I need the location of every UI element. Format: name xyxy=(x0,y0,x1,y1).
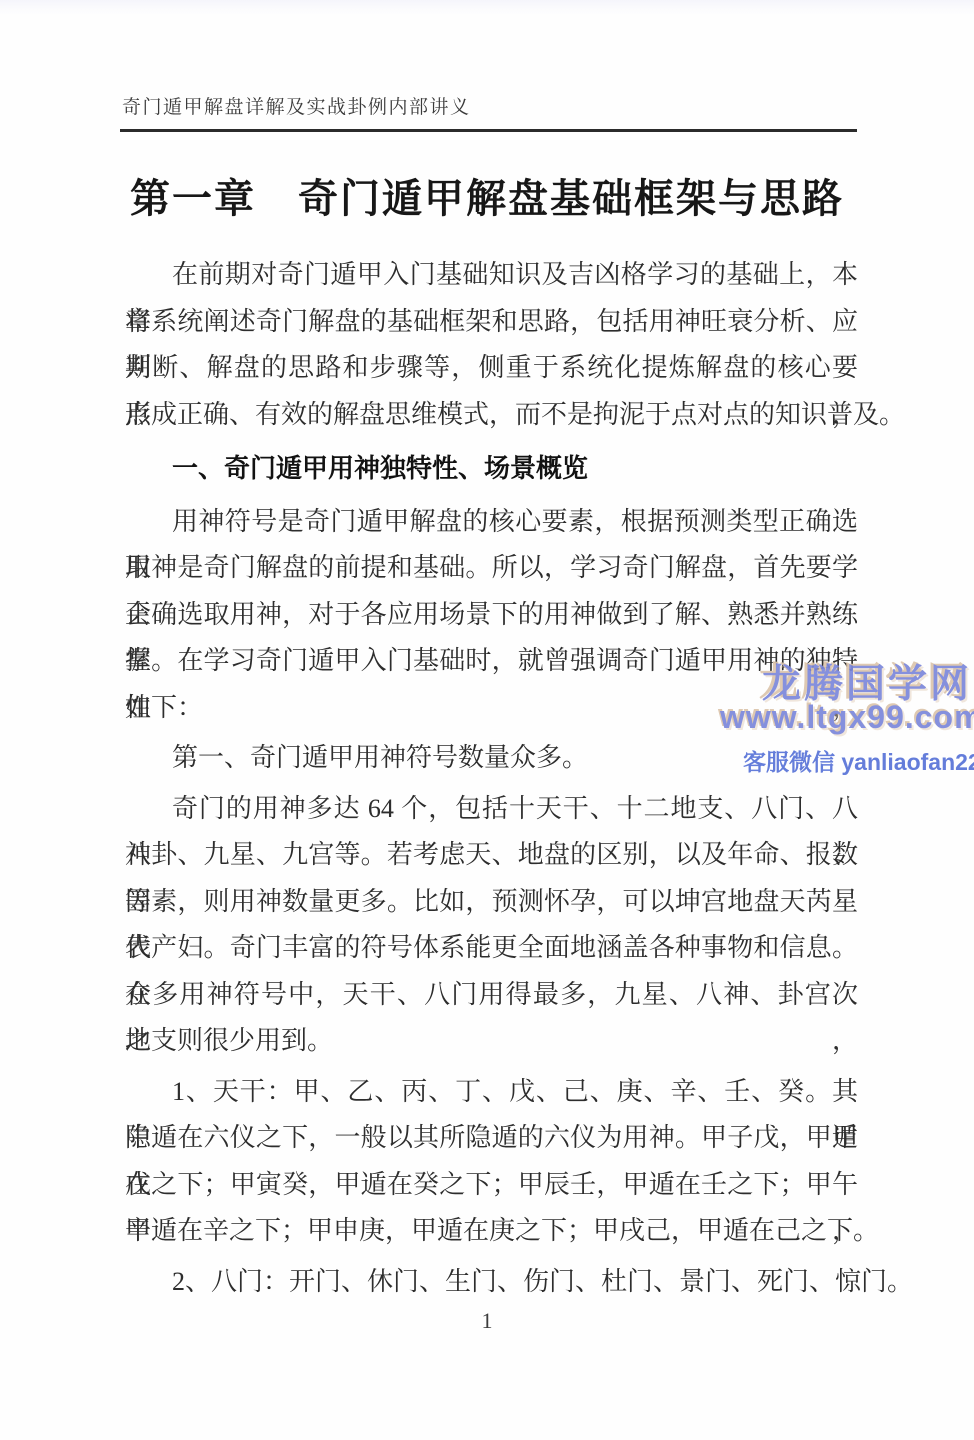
text-line: 握。在学习奇门遁甲入门基础时，就曾强调奇门遁甲用神的独特性， xyxy=(125,638,858,685)
page-number: 1 xyxy=(0,1308,974,1334)
text-line: 隐遁在六仪之下，一般以其所隐遁的六仪为用神。甲子戊，甲遁在 xyxy=(125,1115,858,1162)
text-line: 因素，则用神数量更多。比如，预测怀孕，可以坤宫地盘天芮星代 xyxy=(125,879,858,926)
text-line: 表产妇。奇门丰富的符号体系能更全面地涵盖各种事物和信息。在 xyxy=(125,925,858,972)
running-header: 奇门遁甲解盘详解及实战卦例内部讲义 xyxy=(122,92,471,119)
text-line: 2、八门：开门、休门、生门、伤门、杜门、景门、死门、惊门。 xyxy=(125,1259,858,1306)
text-line: 第一、奇门遁甲用神符号数量众多。 xyxy=(125,735,858,782)
text-line: 在前期对奇门遁甲入门基础知识及吉凶格学习的基础上，本章 xyxy=(125,252,858,299)
text-line: 将系统阐述奇门解盘的基础框架和思路，包括用神旺衰分析、应期 xyxy=(125,299,858,346)
text-line: 奇门的用神多达 64 个，包括十天干、十二地支、八门、八神、 xyxy=(125,786,858,833)
text-line: 用神是奇门解盘的前提和基础。所以，学习奇门解盘，首先要学会 xyxy=(125,545,858,592)
chapter-title: 第一章 奇门遁甲解盘基础框架与思路 xyxy=(0,167,974,224)
text-line: 八卦、九星、九宫等。若考虑天、地盘的区别，以及年命、报数等 xyxy=(125,832,858,879)
text-line: 甲遁在辛之下；甲申庚，甲遁在庚之下；甲戌己，甲遁在己之下。 xyxy=(125,1208,858,1255)
text-line: 正确选取用神，对于各应用场景下的用神做到了解、熟悉并熟练掌 xyxy=(125,592,858,639)
scan-edge-shadow xyxy=(0,0,974,16)
text-line: 判断、解盘的思路和步骤等，侧重于系统化提炼解盘的核心要点， xyxy=(125,345,858,392)
section-heading: 一、奇门遁甲用神独特性、场景概览 xyxy=(125,445,858,492)
header-rule xyxy=(120,129,857,132)
text-line: 众多用神符号中，天干、八门用得最多，九星、八神、卦宫次之， xyxy=(125,972,858,1019)
text-line: 戊之下；甲寅癸，甲遁在癸之下；甲辰壬，甲遁在壬之下；甲午辛， xyxy=(125,1162,858,1209)
text-line: 形成正确、有效的解盘思维模式，而不是拘泥于点对点的知识普及。 xyxy=(125,392,858,439)
scanned-document-page: 奇门遁甲解盘详解及实战卦例内部讲义 第一章 奇门遁甲解盘基础框架与思路 在前期对… xyxy=(0,0,974,1440)
body-text: 在前期对奇门遁甲入门基础知识及吉凶格学习的基础上，本章将系统阐述奇门解盘的基础框… xyxy=(125,248,858,1305)
text-line: 用神符号是奇门遁甲解盘的核心要素，根据预测类型正确选取 xyxy=(125,499,858,546)
text-line: 1、天干：甲、乙、丙、丁、戊、己、庚、辛、壬、癸。其中甲 xyxy=(125,1069,858,1116)
